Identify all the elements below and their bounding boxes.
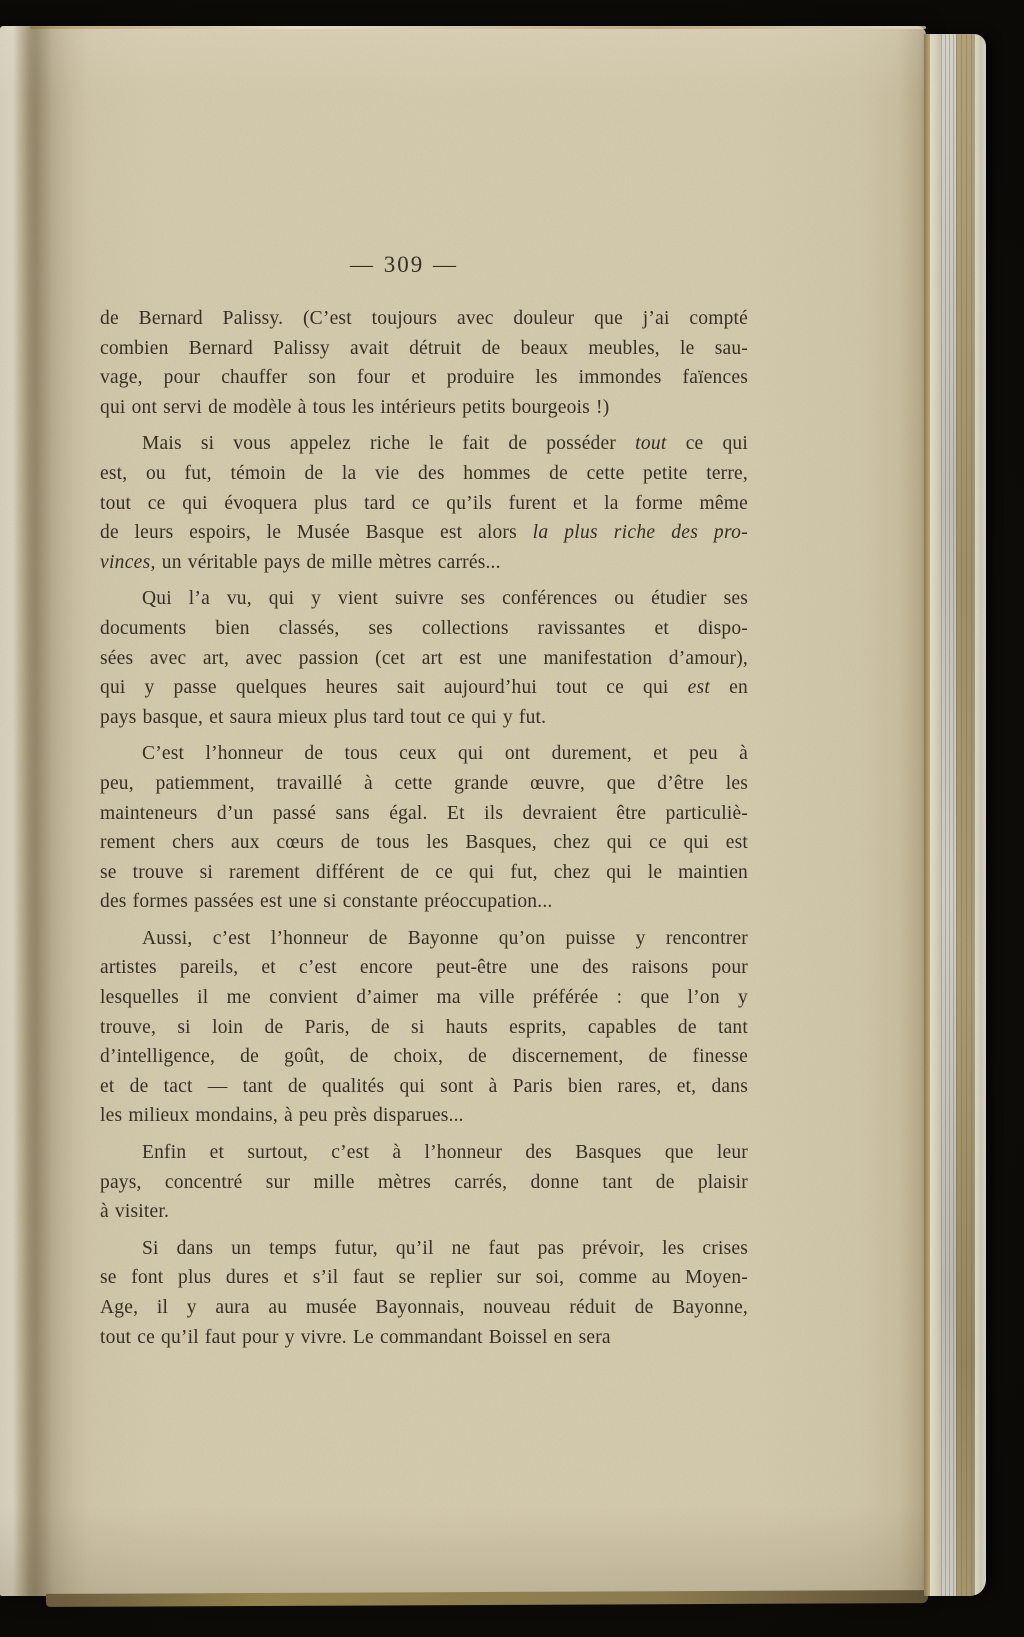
italic-text: tout <box>635 433 667 454</box>
text-line: se font plus dures et s’il faut se repli… <box>100 1263 748 1293</box>
italic-text: est <box>688 677 711 698</box>
text-segment: de leurs espoirs, le Musée Basque est al… <box>100 522 533 543</box>
text-segment: Age, il y aura au musée Bayonnais, nouve… <box>100 1297 748 1318</box>
text-line: se trouve si rarement différent de ce qu… <box>100 858 748 888</box>
text-line: artistes pareils, et c’est encore peut-ê… <box>100 953 748 983</box>
text-line: combien Bernard Palissy avait détruit de… <box>100 334 748 364</box>
text-segment: sées avec art, avec passion (cet art est… <box>100 648 748 669</box>
text-segment: des formes passées est une si constante … <box>100 891 552 912</box>
text-line: est, ou fut, témoin de la vie des hommes… <box>100 459 748 489</box>
fore-edge-strip <box>930 34 941 1596</box>
italic-text: la plus riche des pro- <box>533 522 748 543</box>
text-line: de leurs espoirs, le Musée Basque est al… <box>100 518 748 548</box>
text-line: des formes passées est une si constante … <box>100 887 748 917</box>
text-line: de Bernard Palissy. (C’est toujours avec… <box>100 304 748 334</box>
text-segment: ce qui <box>667 433 748 454</box>
text-line: vage, pour chauffer son four et produire… <box>100 363 748 393</box>
text-line: trouve, si loin de Paris, de si hauts es… <box>100 1013 748 1043</box>
text-segment: pays basque, et saura mieux plus tard to… <box>100 707 546 728</box>
text-segment: peu, patiemment, travaillé à cette grand… <box>100 773 748 794</box>
text-segment: lesquelles il me convient d’aimer ma vil… <box>100 987 748 1008</box>
text-line: à visiter. <box>100 1197 748 1227</box>
text-line: pays, concentré sur mille mètres carrés,… <box>100 1168 748 1198</box>
book-photo: — 309 — de Bernard Palissy. (C’est toujo… <box>0 0 1024 1637</box>
text-line: les milieux mondains, à peu près disparu… <box>100 1101 748 1131</box>
page-number: — 309 — <box>100 250 708 280</box>
book-gutter-shadow <box>0 26 70 1596</box>
text-line: Aussi, c’est l’honneur de Bayonne qu’on … <box>100 924 748 954</box>
text-segment: tout ce qu’il faut pour y vivre. Le comm… <box>100 1327 611 1348</box>
fore-edge-strip <box>956 34 975 1596</box>
text-line: vinces, un véritable pays de mille mètre… <box>100 548 748 578</box>
text-line: d’intelligence, de goût, de choix, de di… <box>100 1042 748 1072</box>
text-segment: vage, pour chauffer son four et produire… <box>100 367 748 388</box>
text-line: Si dans un temps futur, qu’il ne faut pa… <box>100 1234 748 1264</box>
paragraph: Qui l’a vu, qui y vient suivre ses confé… <box>100 584 748 732</box>
text-segment: Si dans un temps futur, qu’il ne faut pa… <box>142 1238 748 1259</box>
text-segment: documents bien classés, ses collections … <box>100 618 748 639</box>
text-line: documents bien classés, ses collections … <box>100 614 748 644</box>
cover-edge-strip <box>975 34 986 1596</box>
text-segment: un véritable pays de mille mètres carrés… <box>156 552 501 573</box>
text-line: pays basque, et saura mieux plus tard to… <box>100 703 748 733</box>
text-segment: d’intelligence, de goût, de choix, de di… <box>100 1046 748 1067</box>
text-line: tout ce qu’il faut pour y vivre. Le comm… <box>100 1323 748 1353</box>
text-segment: mainteneurs d’un passé sans égal. Et ils… <box>100 803 748 824</box>
text-line: peu, patiemment, travaillé à cette grand… <box>100 769 748 799</box>
fore-edge-strip <box>941 34 956 1596</box>
text-column: — 309 — de Bernard Palissy. (C’est toujo… <box>100 250 748 1352</box>
text-segment: qui y passe quelques heures sait aujourd… <box>100 677 688 698</box>
text-segment: qui ont servi de modèle à tous les intér… <box>100 397 609 418</box>
text-segment: pays, concentré sur mille mètres carrés,… <box>100 1172 748 1193</box>
page-edges-stack <box>924 34 986 1596</box>
text-segment: et de tact — tant de qualités qui sont à… <box>100 1076 748 1097</box>
text-line: qui ont servi de modèle à tous les intér… <box>100 393 748 423</box>
text-segment: trouve, si loin de Paris, de si hauts es… <box>100 1017 748 1038</box>
text-segment: Aussi, c’est l’honneur de Bayonne qu’on … <box>142 928 748 949</box>
text-line: sées avec art, avec passion (cet art est… <box>100 644 748 674</box>
text-segment: en <box>710 677 748 698</box>
paragraph: Enfin et surtout, c’est à l’honneur des … <box>100 1138 748 1227</box>
text-line: et de tact — tant de qualités qui sont à… <box>100 1072 748 1102</box>
text-segment: tout ce qui évoquera plus tard ce qu’ils… <box>100 493 748 514</box>
text-segment: rement chers aux cœurs de tous les Basqu… <box>100 832 748 853</box>
text-segment: artistes pareils, et c’est encore peut-ê… <box>100 957 748 978</box>
paragraph: de Bernard Palissy. (C’est toujours avec… <box>100 304 748 422</box>
text-segment: combien Bernard Palissy avait détruit de… <box>100 338 748 359</box>
text-line: mainteneurs d’un passé sans égal. Et ils… <box>100 799 748 829</box>
text-line: Enfin et surtout, c’est à l’honneur des … <box>100 1138 748 1168</box>
text-segment: les milieux mondains, à peu près disparu… <box>100 1105 464 1126</box>
text-segment: de Bernard Palissy. (C’est toujours avec… <box>100 308 748 329</box>
paragraph: Si dans un temps futur, qu’il ne faut pa… <box>100 1234 748 1352</box>
text-line: rement chers aux cœurs de tous les Basqu… <box>100 828 748 858</box>
text-line: Age, il y aura au musée Bayonnais, nouve… <box>100 1293 748 1323</box>
text-line: Mais si vous appelez riche le fait de po… <box>100 429 748 459</box>
text-segment: est, ou fut, témoin de la vie des hommes… <box>100 463 748 484</box>
text-segment: se font plus dures et s’il faut se repli… <box>100 1267 748 1288</box>
text-segment: Qui l’a vu, qui y vient suivre ses confé… <box>142 588 748 609</box>
text-line: lesquelles il me convient d’aimer ma vil… <box>100 983 748 1013</box>
text-line: tout ce qui évoquera plus tard ce qu’ils… <box>100 489 748 519</box>
italic-text: vinces, <box>100 552 156 573</box>
paragraph: Aussi, c’est l’honneur de Bayonne qu’on … <box>100 924 748 1131</box>
text-line: C’est l’honneur de tous ceux qui ont dur… <box>100 739 748 769</box>
text-segment: à visiter. <box>100 1201 169 1222</box>
paragraph: C’est l’honneur de tous ceux qui ont dur… <box>100 739 748 917</box>
text-segment: C’est l’honneur de tous ceux qui ont dur… <box>142 743 748 764</box>
text-segment: se trouve si rarement différent de ce qu… <box>100 862 748 883</box>
paragraph: Mais si vous appelez riche le fait de po… <box>100 429 748 577</box>
page-bottom-edge <box>46 1590 928 1607</box>
text-segment: Enfin et surtout, c’est à l’honneur des … <box>142 1142 748 1163</box>
text-line: qui y passe quelques heures sait aujourd… <box>100 673 748 703</box>
page-text: de Bernard Palissy. (C’est toujours avec… <box>100 304 748 1352</box>
text-line: Qui l’a vu, qui y vient suivre ses confé… <box>100 584 748 614</box>
text-segment: Mais si vous appelez riche le fait de po… <box>142 433 635 454</box>
